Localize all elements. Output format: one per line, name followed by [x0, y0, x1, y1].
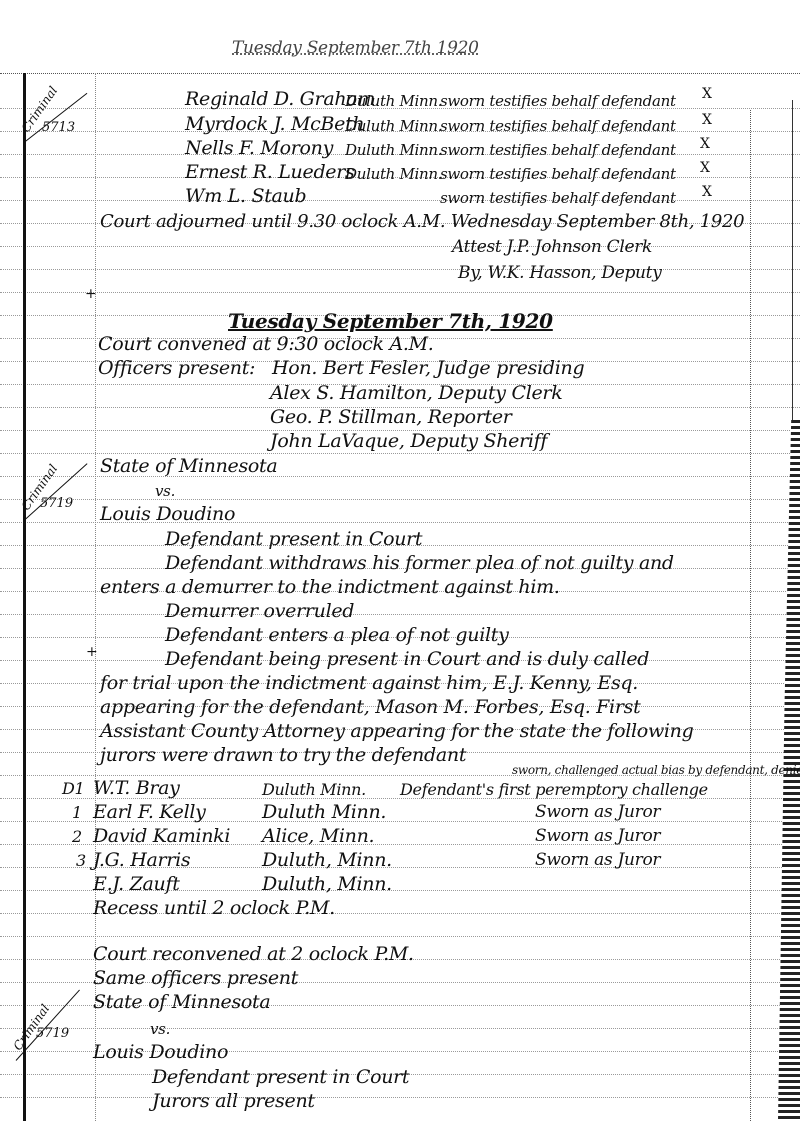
case-state: State of Minnesota: [100, 455, 277, 477]
juror-name: J.G. Harris: [93, 849, 190, 871]
check-x-mark: X: [700, 160, 710, 176]
witness-place: Duluth Minn.: [345, 115, 442, 137]
witness-name: Ernest R. Lueders: [185, 161, 354, 183]
officer-entry: Hon. Bert Fesler, Judge presiding: [272, 357, 584, 379]
juror-status: Defendant's first peremptory challenge: [400, 779, 708, 801]
officers-label: Officers present:: [98, 357, 255, 379]
witness-name: Wm L. Staub: [185, 185, 306, 207]
juror-name: W.T. Bray: [93, 777, 180, 799]
witness-action: sworn testifies behalf defendant: [440, 163, 676, 185]
juror-prefix: 3: [76, 850, 86, 872]
officer-entry: John LaVaque, Deputy Sheriff: [270, 430, 547, 452]
officer-entry: Alex S. Hamilton, Deputy Clerk: [270, 382, 562, 404]
juror-prefix: 1: [72, 802, 82, 824]
left-margin-line: [23, 73, 26, 1121]
witness-action: sworn testifies behalf defendant: [440, 115, 676, 137]
case-vs: vs.: [150, 1018, 170, 1040]
juror-place: Duluth Minn.: [262, 779, 366, 801]
juror-status: Sworn as Juror: [535, 825, 660, 847]
proceeding-line: Defendant present in Court: [152, 1066, 409, 1088]
adjournment-line: Court adjourned until 9.30 oclock A.M. W…: [100, 211, 744, 233]
margin-note-number: 5713: [42, 120, 75, 135]
juror-prefix: D1: [62, 778, 84, 800]
cross-mark: +: [85, 286, 97, 302]
witness-action: sworn testifies behalf defendant: [440, 187, 676, 209]
page-header: Tuesday September 7th 1920: [232, 37, 479, 59]
juror-place: Alice, Minn.: [262, 825, 374, 847]
top-rule: [0, 73, 800, 74]
check-x-mark: X: [702, 184, 712, 200]
witness-action: sworn testifies behalf defendant: [440, 139, 676, 161]
ledger-page: Tuesday September 7th 1920 Criminal 5713…: [0, 0, 800, 1121]
deputy-line: By, W.K. Hasson, Deputy: [458, 262, 662, 284]
check-x-mark: X: [702, 112, 712, 128]
proceeding-line: jurors were drawn to try the defendant: [100, 744, 466, 766]
officer-entry: Geo. P. Stillman, Reporter: [270, 406, 512, 428]
juror-status: Sworn as Juror: [535, 849, 660, 871]
case-vs: vs.: [155, 480, 175, 502]
reconvened-line: Court reconvened at 2 oclock P.M.: [93, 943, 414, 965]
proceeding-line: Defendant present in Court: [165, 528, 422, 550]
attest-line: Attest J.P. Johnson Clerk: [452, 236, 652, 258]
juror-name: David Kaminki: [93, 825, 230, 847]
juror-name: E.J. Zauft: [93, 873, 180, 895]
right-margin-line: [750, 110, 751, 1121]
juror-status: Sworn as Juror: [535, 801, 660, 823]
date-heading: Tuesday September 7th, 1920: [228, 310, 553, 332]
proceeding-line: Defendant enters a plea of not guilty: [165, 624, 509, 646]
check-x-mark: X: [702, 86, 712, 102]
proceeding-line: Assistant County Attorney appearing for …: [100, 720, 693, 742]
juror-place: Duluth Minn.: [262, 801, 386, 823]
witness-place: Duluth Minn.: [345, 139, 442, 161]
witness-action: sworn testifies behalf defendant: [440, 90, 676, 112]
witness-place: Duluth Minn.: [345, 163, 442, 185]
juror-name: Earl F. Kelly: [93, 801, 206, 823]
check-x-mark: X: [700, 136, 710, 152]
case-defendant: Louis Doudino: [100, 503, 235, 525]
proceeding-line: Demurrer overruled: [165, 600, 354, 622]
challenge-note: sworn, challenged actual bias by defenda…: [512, 763, 800, 777]
juror-prefix: 2: [72, 826, 82, 848]
convened-line: Court convened at 9:30 oclock A.M.: [98, 333, 434, 355]
juror-place: Duluth, Minn.: [262, 873, 392, 895]
proceeding-line: Defendant withdraws his former plea of n…: [165, 552, 674, 574]
recess-line: Recess until 2 oclock P.M.: [93, 897, 335, 919]
proceeding-line: Defendant being present in Court and is …: [165, 648, 649, 670]
juror-place: Duluth, Minn.: [262, 849, 392, 871]
margin-note-number: 5719: [36, 1026, 69, 1041]
proceeding-line: appearing for the defendant, Mason M. Fo…: [100, 696, 640, 718]
witness-name: Myrdock J. McBeth: [185, 113, 364, 135]
proceeding-line: for trial upon the indictment against hi…: [100, 672, 638, 694]
case-state: State of Minnesota: [93, 991, 270, 1013]
proceeding-line: enters a demurrer to the indictment agai…: [100, 576, 560, 598]
case-defendant: Louis Doudino: [93, 1041, 228, 1063]
witness-place: Duluth Minn.: [345, 90, 442, 112]
proceeding-line: Jurors all present: [152, 1090, 315, 1112]
witness-name: Nells F. Morony: [185, 137, 333, 159]
margin-note-number: 5719: [40, 496, 73, 511]
same-officers-line: Same officers present: [93, 967, 298, 989]
cross-mark: +: [86, 644, 98, 660]
